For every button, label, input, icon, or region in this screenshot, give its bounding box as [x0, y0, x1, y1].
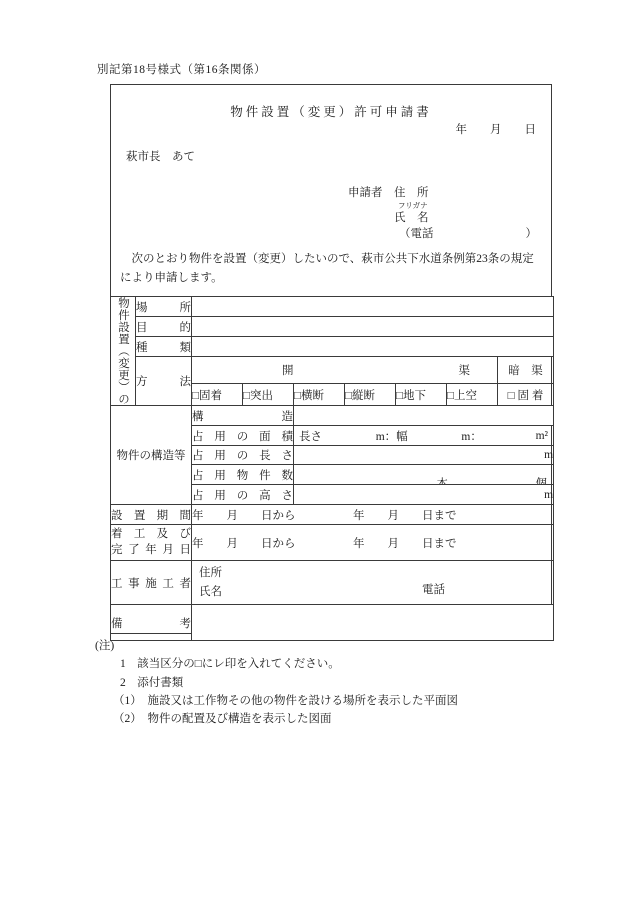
structure-value-cell [294, 406, 554, 426]
form-title: 物件設置（変更）許可申請書 [111, 102, 551, 120]
remarks-value-cell [192, 605, 554, 641]
notes-heading: (注) [95, 637, 458, 655]
date-line: 年 月 日 [111, 121, 551, 137]
form-outer-box: 物件設置（変更）許可申請書 年 月 日 萩市長 あて 申請者 住 所 フリガナ … [110, 84, 552, 634]
occupied-count-value-cell: 本 個 [294, 465, 554, 485]
applicant-phone-line: （電話 ） [399, 227, 537, 241]
checkbox-underground: □地下 [396, 384, 447, 406]
area-length-label: 長さ [299, 428, 322, 444]
construction-label-line2: 完了年月日 [111, 543, 191, 559]
checkbox-protruding: □突出 [243, 384, 294, 406]
sublabel-structure: 構造 [192, 406, 294, 426]
occupied-area-value-cell: 長さ m：幅 m： m² [294, 426, 554, 446]
construction-dates-value: 年 月 日から 年 月 日まで [192, 525, 554, 561]
occupied-height-value-cell: m [294, 485, 554, 505]
applicant-address-line: 申請者 住 所 [348, 186, 537, 200]
area-width-label: m：幅 [376, 428, 408, 444]
checkbox-crossing: □横断 [294, 384, 345, 406]
form-page: 別記第18号様式（第16条関係） 物件設置（変更）許可申請書 年 月 日 萩市長… [0, 0, 630, 903]
row-label-kind: 種類 [136, 337, 192, 357]
place-value-cell [192, 297, 554, 317]
occupied-length-value-cell: m [294, 446, 554, 465]
kind-value-cell [192, 337, 554, 357]
sublabel-occupied-length: 占用の長さ [192, 446, 294, 465]
area-colon-label: m： [461, 428, 481, 444]
addressee-line: 萩市長 あて [126, 148, 195, 164]
row-label-place: 場所 [136, 297, 192, 317]
form-number-label: 別記第18号様式（第16条関係） [97, 61, 266, 77]
open-channel-char-right: 渠 [459, 362, 471, 378]
construction-label-line1: 着工及び [111, 527, 191, 543]
count-hon-unit: 本 [436, 475, 448, 485]
contractor-address-label: 住所 [199, 564, 553, 583]
count-ko-unit: 個 [536, 475, 548, 485]
applicant-block: 申請者 住 所 フリガナ 氏 名 （電話 ） [348, 186, 537, 241]
checkbox-overhead: □上空 [447, 384, 498, 406]
open-channel-char-left: 開 [282, 362, 294, 378]
sublabel-occupied-count: 占用物件数 [192, 465, 294, 485]
row-label-structure: 物件の構造等 [111, 406, 192, 505]
contractor-value-cell: 住所 氏名 電話 [192, 561, 554, 605]
row-label-purpose: 目的 [136, 317, 192, 337]
checkbox-closed-fixed: □ 固 着 [498, 384, 554, 406]
application-table: 物件設置（変更）の 場所 目的 種類 方法 開 渠 暗 [110, 296, 554, 641]
row-label-remarks: 備考 [111, 605, 192, 641]
note-item-2: 2 添付書類 [120, 674, 458, 692]
contractor-phone-label: 電話 [422, 581, 445, 600]
sublabel-occupied-height: 占用の高さ [192, 485, 294, 505]
note-subitem-1: （1） 施設又は工作物その他の物件を設ける場所を表示した平面図 [113, 692, 458, 710]
contractor-name-label: 氏名 [199, 583, 553, 602]
note-subitem-2: （2） 物件の配置及び構造を表示した図面 [113, 710, 458, 728]
notes-section: (注) 1 該当区分の□にレ印を入れてください。 2 添付書類 （1） 施設又は… [95, 637, 458, 728]
installation-period-value: 年 月 日から 年 月 日まで [192, 505, 554, 525]
intro-paragraph: 次のとおり物件を設置（変更）したいので、萩市公共下水道条例第23条の規定により申… [120, 250, 544, 287]
row-label-contractor: 工事施工者 [111, 561, 192, 605]
row-label-installation-period: 設置期間 [111, 505, 192, 525]
area-sqm-unit: m² [536, 430, 548, 442]
note-item-1: 1 該当区分の□にレ印を入れてください。 [120, 655, 458, 673]
purpose-value-cell [192, 317, 554, 337]
closed-conduit-header-cell: 暗 渠 [498, 357, 554, 384]
row-label-construction-dates: 着工及び 完了年月日 [111, 525, 192, 561]
applicant-furigana-label: フリガナ [398, 202, 537, 210]
open-channel-header-cell: 開 渠 [192, 357, 498, 384]
checkbox-longitudinal: □縦断 [345, 384, 396, 406]
checkbox-fixed: □固着 [192, 384, 243, 406]
row-label-method: 方法 [136, 357, 192, 406]
applicant-name-line: 氏 名 [394, 211, 537, 225]
vertical-section-header: 物件設置（変更）の [111, 297, 136, 406]
sublabel-occupied-area: 占用の面積 [192, 426, 294, 446]
